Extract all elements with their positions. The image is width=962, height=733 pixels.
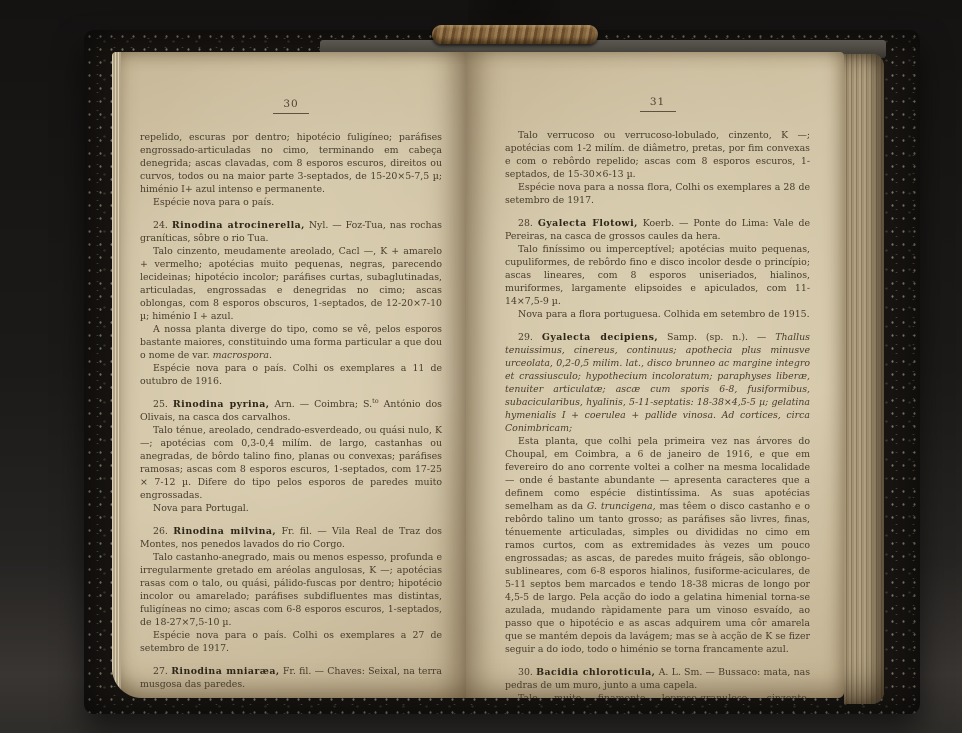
body-paragraph: Espécie nova para o país. Colhi os exemp… <box>140 362 442 388</box>
body-paragraph: Espécie nova para a nossa flora, Colhi o… <box>505 181 810 207</box>
page-number-rule <box>273 113 309 114</box>
body-paragraph: Espécie nova para o país. <box>140 196 442 209</box>
text-segment: 27. <box>153 666 171 677</box>
body-paragraph: Espécie nova para o país. Colhi os exemp… <box>140 629 442 655</box>
species-entry: 30. Bacidia chloroticula, A. L. Sm. — Bu… <box>505 666 810 692</box>
body-paragraph: Talo finíssimo ou imperceptível; apotéci… <box>505 243 810 308</box>
species-name: Rinodina milvina, <box>173 526 276 537</box>
body-paragraph: Nova para a flora portuguesa. Colhida em… <box>505 308 810 321</box>
fore-edge-pages <box>844 54 884 704</box>
left-page-content: 30 repelido, escuras por dentro; hipotéc… <box>112 52 466 691</box>
text-segment: Espécie nova para o país. Colhi os exemp… <box>140 630 442 654</box>
body-paragraph: Talo verrucoso ou verrucoso-lobulado, ci… <box>505 129 810 181</box>
text-segment: A nossa planta diverge do tipo, como se … <box>140 324 442 361</box>
body-paragraph: Talo muito finamente leproso-granuloso, … <box>505 692 810 698</box>
text-segment: Talo castanho-anegrado, mais ou menos es… <box>140 552 442 628</box>
text-segment: 30. <box>518 667 536 678</box>
species-name: Rinodina mniaræa, <box>171 666 279 677</box>
species-name: Rinodina atrocinerella, <box>172 220 305 231</box>
right-page-content: 31 Talo verrucoso ou verrucoso-lobulado,… <box>466 52 844 698</box>
body-paragraph: Talo ténue, areolado, cendrado-esverdead… <box>140 424 442 502</box>
species-entry: 25. Rinodina pyrina, Arn. — Coimbra; S.t… <box>140 398 442 424</box>
text-segment: repelido, escuras por dentro; hipotécio … <box>140 132 442 195</box>
spine-headband <box>432 25 598 44</box>
species-entry: 28. Gyalecta Flotowi, Koerb. — Ponte do … <box>505 217 810 243</box>
text-segment: Talo muito finamente leproso-granuloso, … <box>505 693 810 698</box>
species-name: Gyalecta decipiens, <box>542 332 658 343</box>
text-segment: Espécie nova para o país. <box>153 197 274 208</box>
latin-diagnosis-text: macrospora. <box>213 350 272 361</box>
left-page-text: repelido, escuras por dentro; hipotécio … <box>140 131 442 691</box>
text-segment: Talo ténue, areolado, cendrado-esverdead… <box>140 425 442 501</box>
right-page-text: Talo verrucoso ou verrucoso-lobulado, ci… <box>505 129 810 698</box>
latin-diagnosis-text: Thallus tenuissimus, cinereus, continuus… <box>505 332 810 434</box>
text-segment: mas têem o disco castanho e o rebôrdo ta… <box>505 501 810 655</box>
text-segment: 25. <box>153 399 173 410</box>
species-entry: 27. Rinodina mniaræa, Fr. fil. — Chaves:… <box>140 665 442 691</box>
text-segment: Nova para a flora portuguesa. Colhida em… <box>518 309 810 320</box>
species-name: Rinodina pyrina, <box>173 399 270 410</box>
species-entry: 26. Rinodina milvina, Fr. fil. — Vila Re… <box>140 525 442 551</box>
body-paragraph: Talo castanho-anegrado, mais ou menos es… <box>140 551 442 629</box>
text-segment: 29. <box>518 332 542 343</box>
text-segment: 26. <box>153 526 173 537</box>
body-paragraph: A nossa planta diverge do tipo, como se … <box>140 323 442 362</box>
right-page-number: 31 <box>505 96 810 108</box>
text-segment: Arn. — Coimbra; S. <box>269 399 372 410</box>
left-page: 30 repelido, escuras por dentro; hipotéc… <box>112 52 466 698</box>
text-segment: Talo finíssimo ou imperceptível; apotéci… <box>505 244 810 307</box>
species-name: Gyalecta Flotowi, <box>538 218 638 229</box>
species-entry: 24. Rinodina atrocinerella, Nyl. — Foz-T… <box>140 219 442 245</box>
left-page-number: 30 <box>140 98 442 110</box>
species-entry: 29. Gyalecta decipiens, Samp. (sp. n.). … <box>505 331 810 435</box>
text-segment: Espécie nova para o país. Colhi os exemp… <box>140 363 442 387</box>
body-paragraph: Talo cinzento, meudamente areolado, Cacl… <box>140 245 442 323</box>
species-name: Bacidia chloroticula, <box>536 667 655 678</box>
text-segment: 24. <box>153 220 172 231</box>
text-segment: Nova para Portugal. <box>153 503 249 514</box>
right-page: 31 Talo verrucoso ou verrucoso-lobulado,… <box>466 52 844 698</box>
body-paragraph: Esta planta, que colhi pela primeira vez… <box>505 435 810 656</box>
text-segment: Talo cinzento, meudamente areolado, Cacl… <box>140 246 442 322</box>
body-paragraph: repelido, escuras por dentro; hipotécio … <box>140 131 442 196</box>
photo-backdrop: 30 repelido, escuras por dentro; hipotéc… <box>0 0 962 733</box>
text-segment: Talo verrucoso ou verrucoso-lobulado, ci… <box>505 130 810 180</box>
text-segment: 28. <box>518 218 538 229</box>
text-segment: Espécie nova para a nossa flora, Colhi o… <box>505 182 810 206</box>
text-segment: Samp. (sp. n.). — <box>658 332 775 343</box>
page-number-rule <box>640 111 676 112</box>
latin-diagnosis-text: G. truncigena, <box>587 501 656 512</box>
body-paragraph: Nova para Portugal. <box>140 502 442 515</box>
